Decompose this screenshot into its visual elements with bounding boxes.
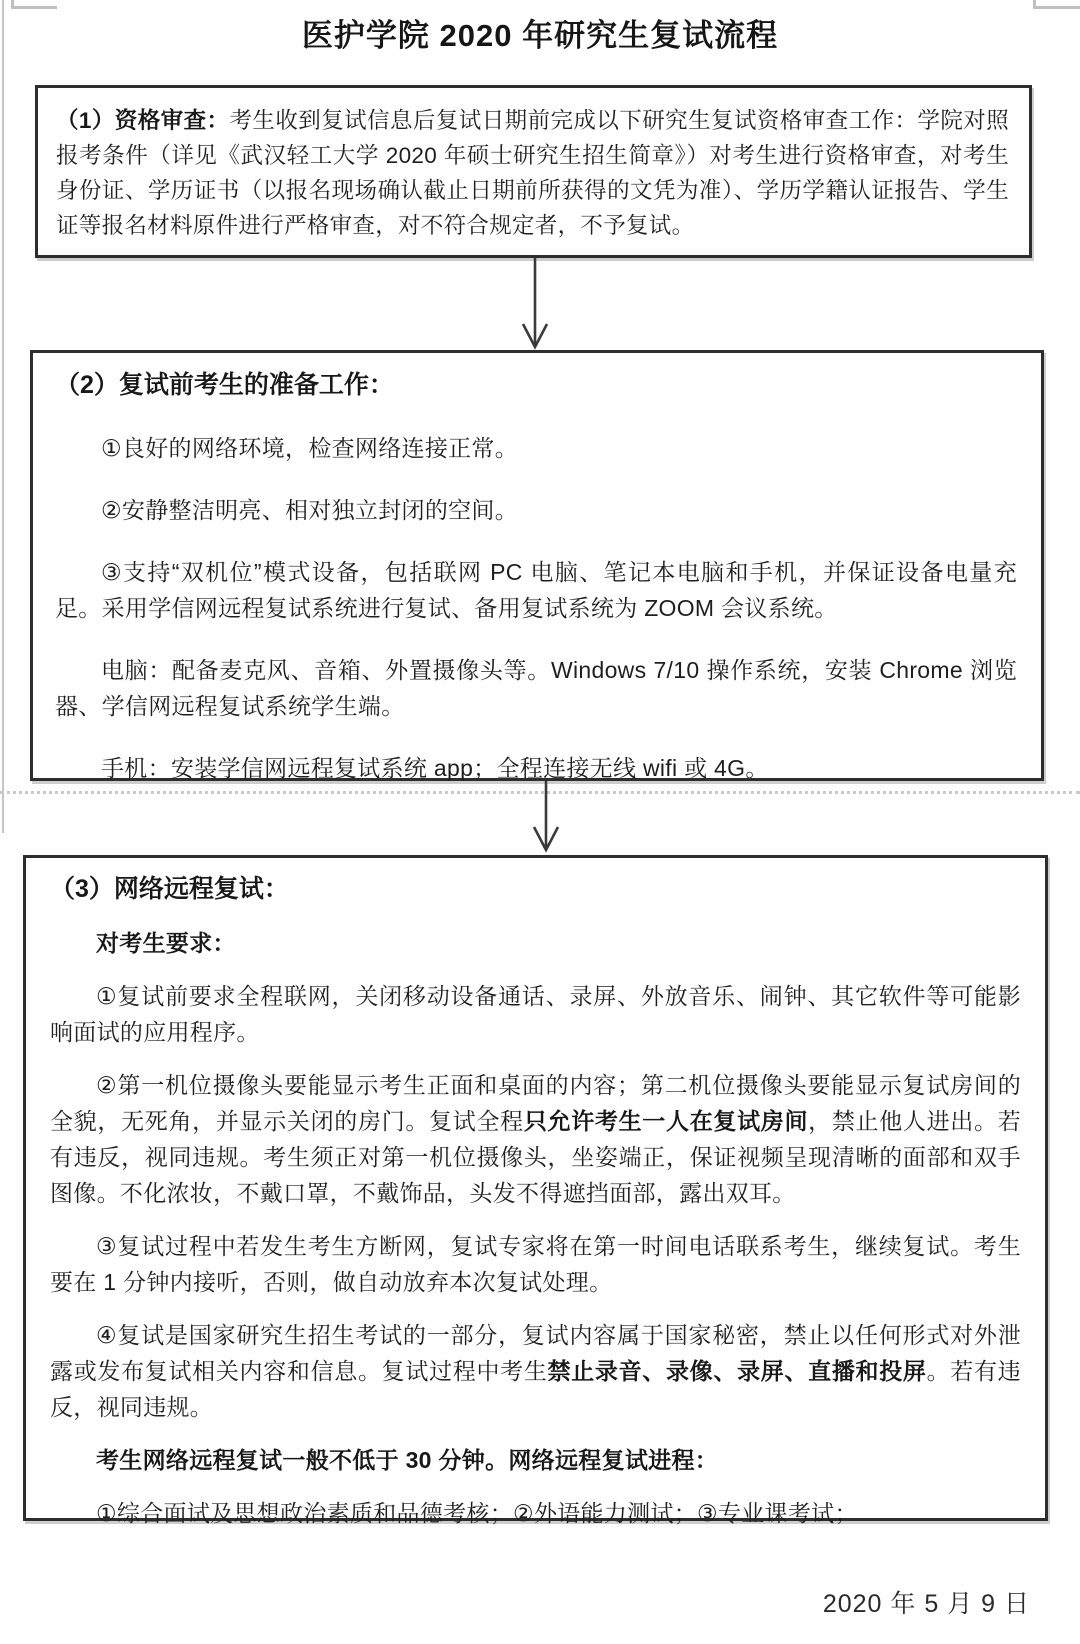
step1-paragraph: （1）资格审查：考生收到复试信息后复试日期前完成以下研究生复试资格审查工作：学院… — [56, 103, 1009, 243]
step3-schedule-heading: 考生网络远程复试一般不低于 30 分钟。网络远程复试进程： — [50, 1442, 1021, 1478]
step2-item-2: ②安静整洁明亮、相对独立封闭的空间。 — [55, 492, 1017, 528]
step2-item-3: ③支持“双机位”模式设备，包括联网 PC 电脑、笔记本电脑和手机，并保证设备电量… — [55, 554, 1017, 626]
step3-remote-interview-box: （3）网络远程复试： 对考生要求： ①复试前要求全程联网，关闭移动设备通话、录屏… — [23, 855, 1048, 1521]
step3-requirement-3: ③复试过程中若发生考生方断网，复试专家将在第一时间电话联系考生，继续复试。考生要… — [50, 1228, 1021, 1300]
step2-item-computer: 电脑：配备麦克风、音箱、外置摄像头等。Windows 7/10 操作系统，安装 … — [55, 652, 1017, 724]
flow-arrow-down-2 — [526, 781, 566, 853]
step3-requirement-1: ①复试前要求全程联网，关闭移动设备通话、录屏、外放音乐、闹钟、其它软件等可能影响… — [50, 978, 1021, 1050]
document-page: 医护学院 2020 年研究生复试流程 （1）资格审查：考生收到复试信息后复试日期… — [0, 0, 1080, 1644]
page-title: 医护学院 2020 年研究生复试流程 — [0, 10, 1080, 55]
step3-subheading: 对考生要求： — [50, 925, 1021, 961]
step3-requirement-4: ④复试是国家研究生招生考试的一部分，复试内容属于国家秘密，禁止以任何形式对外泄露… — [50, 1317, 1021, 1425]
document-date: 2020 年 5 月 9 日 — [823, 1584, 1030, 1620]
step3-requirement-2: ②第一机位摄像头要能显示考生正面和桌面的内容；第二机位摄像头要能显示复试房间的全… — [50, 1067, 1021, 1211]
step1-heading: （1）资格审查： — [56, 108, 229, 133]
step3-heading: （3）网络远程复试： — [50, 870, 1021, 908]
step3-schedule-items: ①综合面试及思想政治素质和品德考核；②外语能力测试；③专业课考试； — [50, 1495, 1021, 1531]
step1-qualification-review-box: （1）资格审查：考生收到复试信息后复试日期前完成以下研究生复试资格审查工作：学院… — [35, 85, 1032, 258]
step2-heading: （2）复试前考生的准备工作： — [55, 366, 1017, 404]
step2-preparation-box: （2）复试前考生的准备工作： ①良好的网络环境，检查网络连接正常。 ②安静整洁明… — [30, 350, 1044, 781]
top-right-corner-artifact — [1033, 0, 1080, 9]
flow-arrow-down-1 — [515, 258, 555, 350]
step3-requirement-2-bold: 只允许考生一人在复试房间 — [524, 1108, 808, 1134]
page-edge-line — [2, 0, 4, 833]
step3-requirement-4-bold: 禁止录音、录像、录屏、直播和投屏 — [548, 1358, 927, 1384]
top-left-corner-artifact — [11, 0, 57, 9]
step2-item-1: ①良好的网络环境，检查网络连接正常。 — [55, 430, 1017, 466]
